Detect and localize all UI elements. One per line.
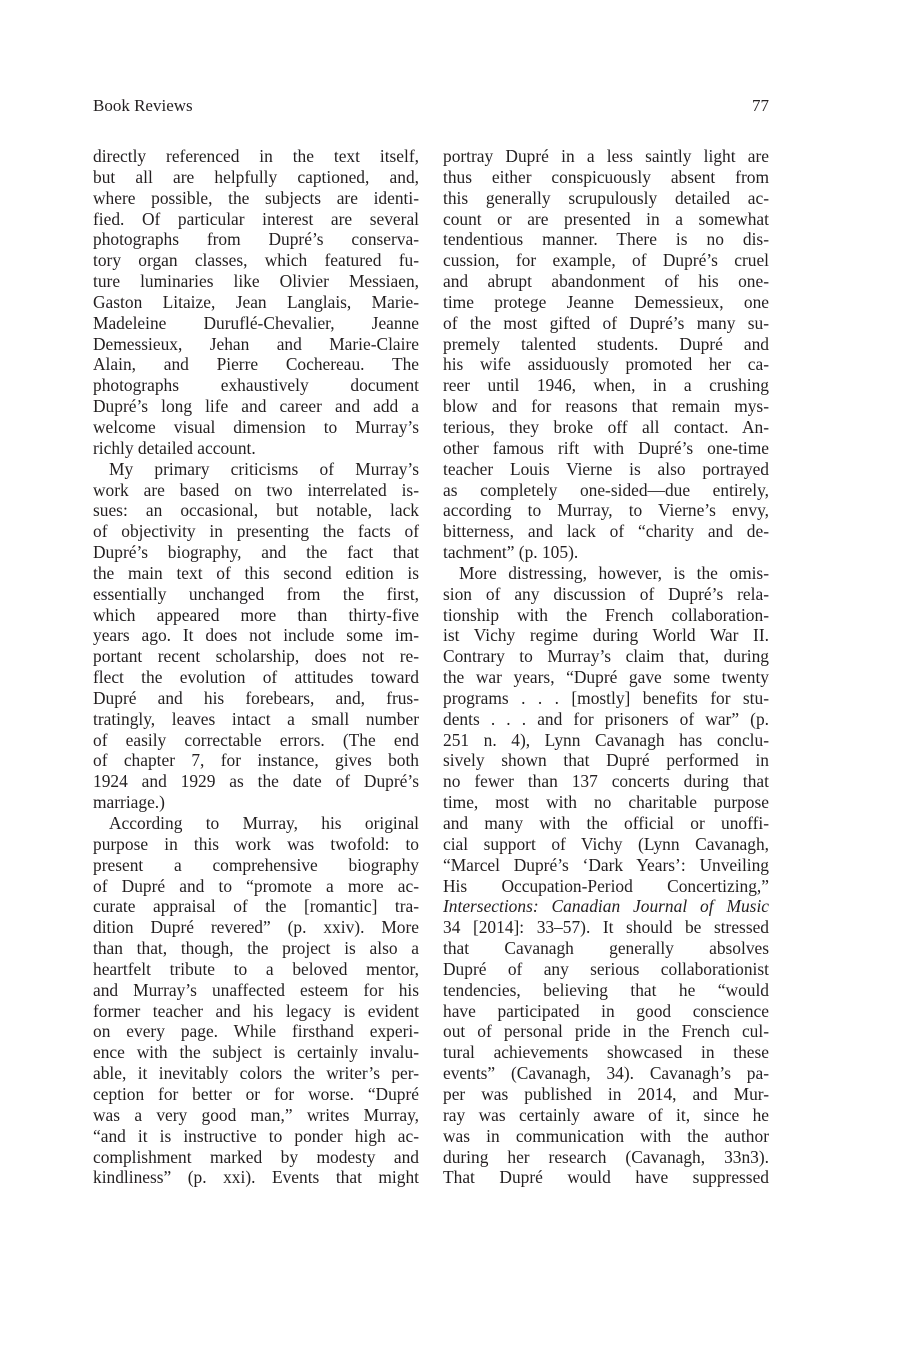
text-line: where possible, the subjects are identi- [93,188,419,209]
text-line: ence with the subject is certainly inval… [93,1042,419,1063]
text-line: photographs from Dupré’s conserva- [93,229,419,250]
text-line: of the most gifted of Dupré’s many su- [443,313,769,334]
text-line: programs . . . [mostly] benefits for stu… [443,688,769,709]
text-line: marriage.) [93,792,419,813]
text-line: portant recent scholarship, does not re- [93,646,419,667]
text-line: that Cavanagh generally absolves [443,938,769,959]
text-line: was a very good man,” writes Murray, [93,1105,419,1126]
text-line: cial support of Vichy (Lynn Cavanagh, [443,834,769,855]
text-line: the war years, “Dupré gave some twenty [443,667,769,688]
page-number: 77 [752,94,769,118]
text-line: events” (Cavanagh, 34). Cavanagh’s pa- [443,1063,769,1084]
text-line: cussion, for example, of Dupré’s cruel [443,250,769,271]
text-line: dition Dupré revered” (p. xxiv). More [93,917,419,938]
text-line: have participated in good conscience [443,1001,769,1022]
text-line: portray Dupré in a less saintly light ar… [443,146,769,167]
text-line: during her research (Cavanagh, 33n3). [443,1147,769,1168]
text-line: His Occupation-Period Concertizing,” [443,876,769,897]
text-line: time, most with no charitable purpose [443,792,769,813]
text-line: thus either conspicuously absent from [443,167,769,188]
text-line: “and it is instructive to ponder high ac… [93,1126,419,1147]
text-line: flect the evolution of attitudes toward [93,667,419,688]
text-line: was in communication with the author [443,1126,769,1147]
text-line: purpose in this work was twofold: to [93,834,419,855]
text-line: That Dupré would have suppressed [443,1167,769,1188]
text-line: bitterness, and lack of “charity and de- [443,521,769,542]
text-line: count or are presented in a somewhat [443,209,769,230]
text-line: 1924 and 1929 as the date of Dupré’s [93,771,419,792]
running-head: Book Reviews 77 [93,94,769,118]
text-line: of objectivity in presenting the facts o… [93,521,419,542]
text-line: tachment” (p. 105). [443,542,769,563]
text-line: ture luminaries like Olivier Messiaen, [93,271,419,292]
text-line: and many with the official or unoffi- [443,813,769,834]
paragraph-start-line: According to Murray, his original [93,813,419,834]
text-line: 34 [2014]: 33–57). It should be stressed [443,917,769,938]
text-line: which appeared more than thirty-five [93,605,419,626]
text-line: work are based on two interrelated is- [93,480,419,501]
text-line: and abrupt abandonment of his one- [443,271,769,292]
text-line: no fewer than 137 concerts during that [443,771,769,792]
text-line: Dupré’s biography, and the fact that [93,542,419,563]
text-line: Dupré’s long life and career and add a [93,396,419,417]
text-line: reer until 1946, when, in a crushing [443,375,769,396]
text-line: time protege Jeanne Demessieux, one [443,292,769,313]
text-line: Demessieux, Jehan and Marie-Claire [93,334,419,355]
text-line: and Murray’s unaffected esteem for his [93,980,419,1001]
text-line: per was published in 2014, and Mur- [443,1084,769,1105]
text-line: out of personal pride in the French cul- [443,1021,769,1042]
text-line: this generally scrupulously detailed ac- [443,188,769,209]
text-line: teacher Louis Vierne is also portrayed [443,459,769,480]
text-line: sively shown that Dupré performed in [443,750,769,771]
text-line: tory organ classes, which featured fu- [93,250,419,271]
text-line: tendentious manner. There is no dis- [443,229,769,250]
text-line: richly detailed account. [93,438,419,459]
text-line: tural achievements showcased in these [443,1042,769,1063]
text-line: curate appraisal of the [romantic] tra- [93,896,419,917]
text-line: premely talented students. Dupré and [443,334,769,355]
text-line: as completely one-sided—due entirely, [443,480,769,501]
text-line: terious, they broke off all contact. An- [443,417,769,438]
text-line: his wife assiduously promoted her ca- [443,354,769,375]
text-line: according to Murray, to Vierne’s envy, [443,500,769,521]
text-line: Dupré and his forebears, and, frus- [93,688,419,709]
text-line: heartfelt tribute to a beloved mentor, [93,959,419,980]
right-column: portray Dupré in a less saintly light ar… [443,146,769,1188]
text-line: of Dupré and to “promote a more ac- [93,876,419,897]
text-line: “Marcel Dupré’s ‘Dark Years’: Unveiling [443,855,769,876]
text-line: present a comprehensive biography [93,855,419,876]
text-line: than that, though, the project is also a [93,938,419,959]
journal-title-line: Intersections: Canadian Journal of Music [443,896,769,917]
text-line: 251 n. 4), Lynn Cavanagh has conclu- [443,730,769,751]
text-line: but all are helpfully captioned, and, [93,167,419,188]
text-line: Alain, and Pierre Cochereau. The [93,354,419,375]
text-line: of chapter 7, for instance, gives both [93,750,419,771]
text-line: dents . . . and for prisoners of war” (p… [443,709,769,730]
text-line: sues: an occasional, but notable, lack [93,500,419,521]
text-line: fied. Of particular interest are several [93,209,419,230]
text-line: sion of any discussion of Dupré’s rela- [443,584,769,605]
text-line: essentially unchanged from the first, [93,584,419,605]
text-line: Dupré of any serious collaborationist [443,959,769,980]
text-line: ray was certainly aware of it, since he [443,1105,769,1126]
text-line: the main text of this second edition is [93,563,419,584]
text-line: years ago. It does not include some im- [93,625,419,646]
left-column: directly referenced in the text itself, … [93,146,419,1188]
paragraph-start-line: More distressing, however, is the omis- [443,563,769,584]
text-line: on every page. While firsthand experi- [93,1021,419,1042]
text-line: other famous rift with Dupré’s one-time [443,438,769,459]
text-line: ist Vichy regime during World War II. [443,625,769,646]
text-line: tendencies, believing that he “would [443,980,769,1001]
text-line: Madeleine Duruflé-Chevalier, Jeanne [93,313,419,334]
text-line: blow and for reasons that remain mys- [443,396,769,417]
paragraph-start-line: My primary criticisms of Murray’s [93,459,419,480]
text-line: complishment marked by modesty and [93,1147,419,1168]
text-line: tratingly, leaves intact a small number [93,709,419,730]
text-line: tionship with the French collaboration- [443,605,769,626]
running-head-title: Book Reviews [93,94,193,118]
text-line: Contrary to Murray’s claim that, during [443,646,769,667]
text-line: photographs exhaustively document [93,375,419,396]
text-line: kindliness” (p. xxi). Events that might [93,1167,419,1188]
text-line: ception for better or for worse. “Dupré [93,1084,419,1105]
text-line: welcome visual dimension to Murray’s [93,417,419,438]
text-line: directly referenced in the text itself, [93,146,419,167]
text-line: former teacher and his legacy is evident [93,1001,419,1022]
text-line: Gaston Litaize, Jean Langlais, Marie- [93,292,419,313]
text-line: able, it inevitably colors the writer’s … [93,1063,419,1084]
text-line: of easily correctable errors. (The end [93,730,419,751]
